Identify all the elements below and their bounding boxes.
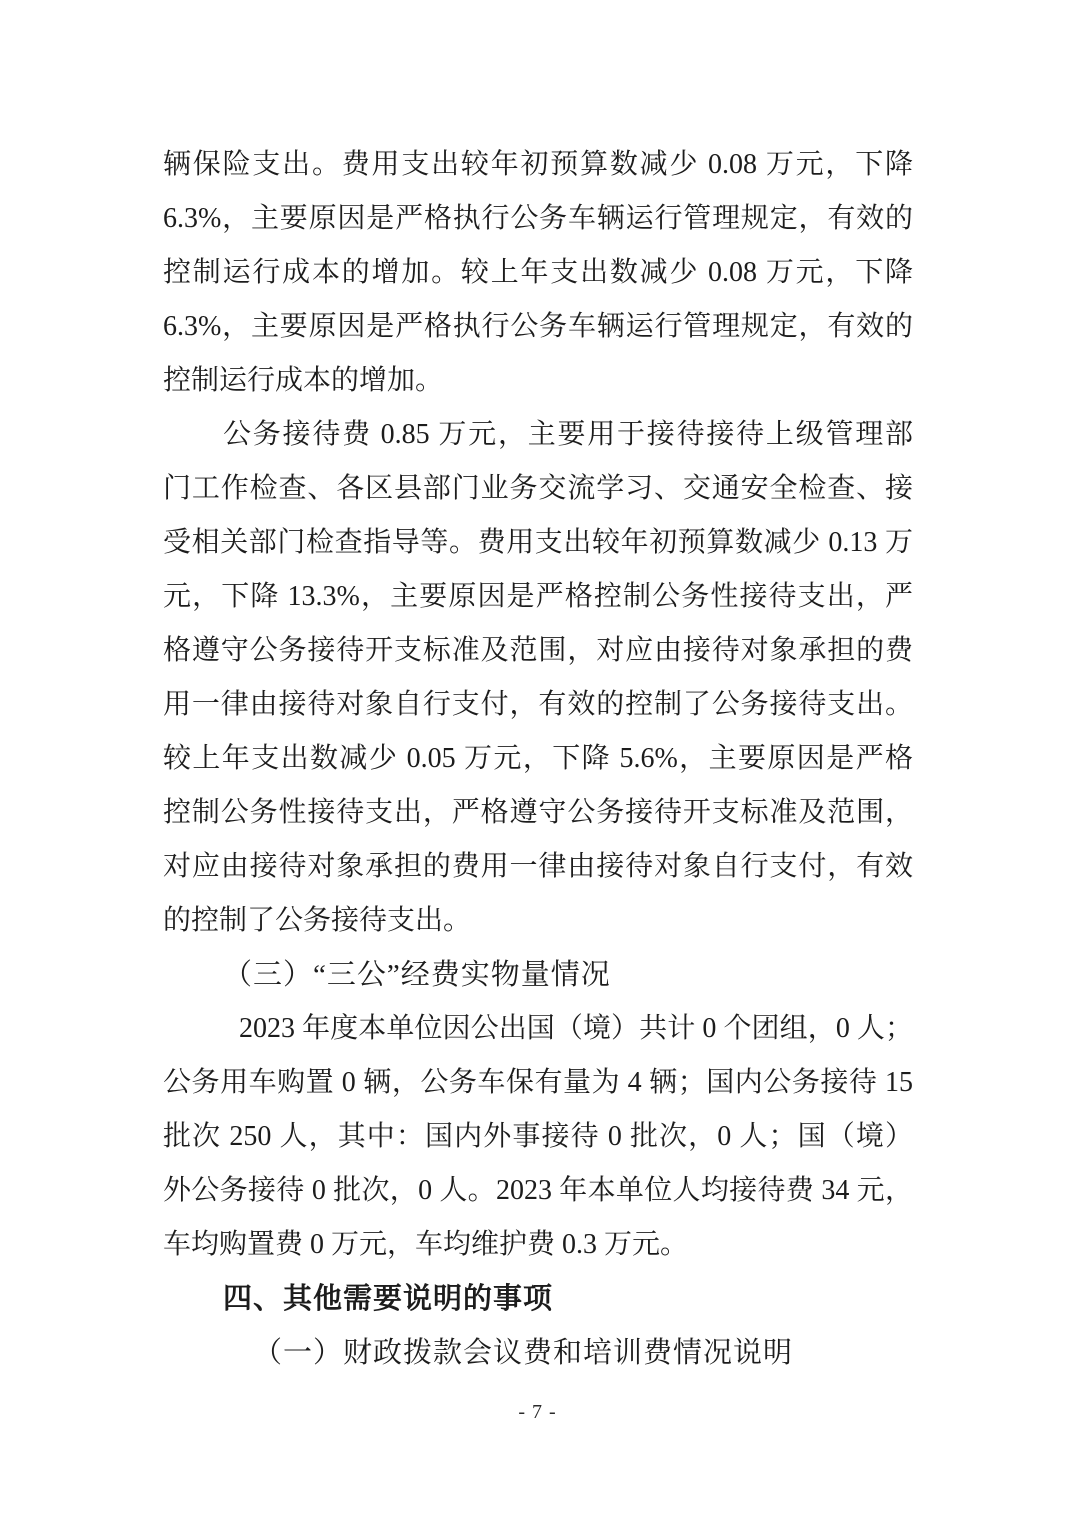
paragraph-line: 车均购置费 0 万元，车均维护费 0.3 万元。 <box>163 1218 913 1272</box>
heading-other-matters: 四、其他需要说明的事项 <box>163 1272 913 1326</box>
paragraph-line: 6.3%，主要原因是严格执行公务车辆运行管理规定，有效的 <box>163 192 913 246</box>
paragraph-line: 公务接待费 0.85 万元，主要用于接待接待上级管理部 <box>163 408 913 462</box>
paragraph-line: 控制公务性接待支出，严格遵守公务接待开支标准及范围， <box>163 786 913 840</box>
paragraph-line: 受相关部门检查指导等。费用支出较年初预算数减少 0.13 万 <box>163 516 913 570</box>
paragraph-line: 格遵守公务接待开支标准及范围，对应由接待对象承担的费 <box>163 624 913 678</box>
para-physical-quantity-detail: 2023 年度本单位因公出国（境）共计 0 个团组，0 人；公务用车购置 0 辆… <box>163 1002 913 1272</box>
paragraph-line: 外公务接待 0 批次，0 人。2023 年本单位人均接待费 34 元， <box>163 1164 913 1218</box>
page-footer: - 7 - <box>0 1399 1075 1425</box>
paragraph-line: （三）“三公”经费实物量情况 <box>163 948 913 1002</box>
subheading-fiscal-meeting-training-fee: （一）财政拨款会议费和培训费情况说明 <box>163 1326 913 1380</box>
page-number: - 7 - <box>518 1401 556 1423</box>
paragraph-line: 批次 250 人，其中：国内外事接待 0 批次，0 人；国（境） <box>163 1110 913 1164</box>
paragraph-line: 公务用车购置 0 辆，公务车保有量为 4 辆；国内公务接待 15 <box>163 1056 913 1110</box>
paragraph-line: 对应由接待对象承担的费用一律由接待对象自行支付，有效 <box>163 840 913 894</box>
paragraph-line: 较上年支出数减少 0.05 万元，下降 5.6%，主要原因是严格 <box>163 732 913 786</box>
paragraph-line: 门工作检查、各区县部门业务交流学习、交通安全检查、接 <box>163 462 913 516</box>
paragraph-line: 的控制了公务接待支出。 <box>163 894 913 948</box>
paragraph-line: 2023 年度本单位因公出国（境）共计 0 个团组，0 人； <box>163 1002 913 1056</box>
paragraph-line: 6.3%，主要原因是严格执行公务车辆运行管理规定，有效的 <box>163 300 913 354</box>
paragraph-line: （一）财政拨款会议费和培训费情况说明 <box>163 1326 913 1380</box>
paragraph-line: 控制运行成本的增加。 <box>163 354 913 408</box>
text-block: 辆保险支出。费用支出较年初预算数减少 0.08 万元，下降6.3%，主要原因是严… <box>163 138 913 1380</box>
paragraph-line: 四、其他需要说明的事项 <box>163 1272 913 1326</box>
paragraph-line: 辆保险支出。费用支出较年初预算数减少 0.08 万元，下降 <box>163 138 913 192</box>
paragraph-line: 控制运行成本的增加。较上年支出数减少 0.08 万元，下降 <box>163 246 913 300</box>
paragraph-line: 元，下降 13.3%，主要原因是严格控制公务性接待支出，严 <box>163 570 913 624</box>
paragraph-line: 用一律由接待对象自行支付，有效的控制了公务接待支出。 <box>163 678 913 732</box>
para-official-reception-expense: 公务接待费 0.85 万元，主要用于接待接待上级管理部门工作检查、各区县部门业务… <box>163 408 913 948</box>
subheading-three-public-physical-quantity: （三）“三公”经费实物量情况 <box>163 948 913 1002</box>
document-page: 辆保险支出。费用支出较年初预算数减少 0.08 万元，下降6.3%，主要原因是严… <box>0 0 1075 1520</box>
para-official-vehicle-expense: 辆保险支出。费用支出较年初预算数减少 0.08 万元，下降6.3%，主要原因是严… <box>163 138 913 408</box>
